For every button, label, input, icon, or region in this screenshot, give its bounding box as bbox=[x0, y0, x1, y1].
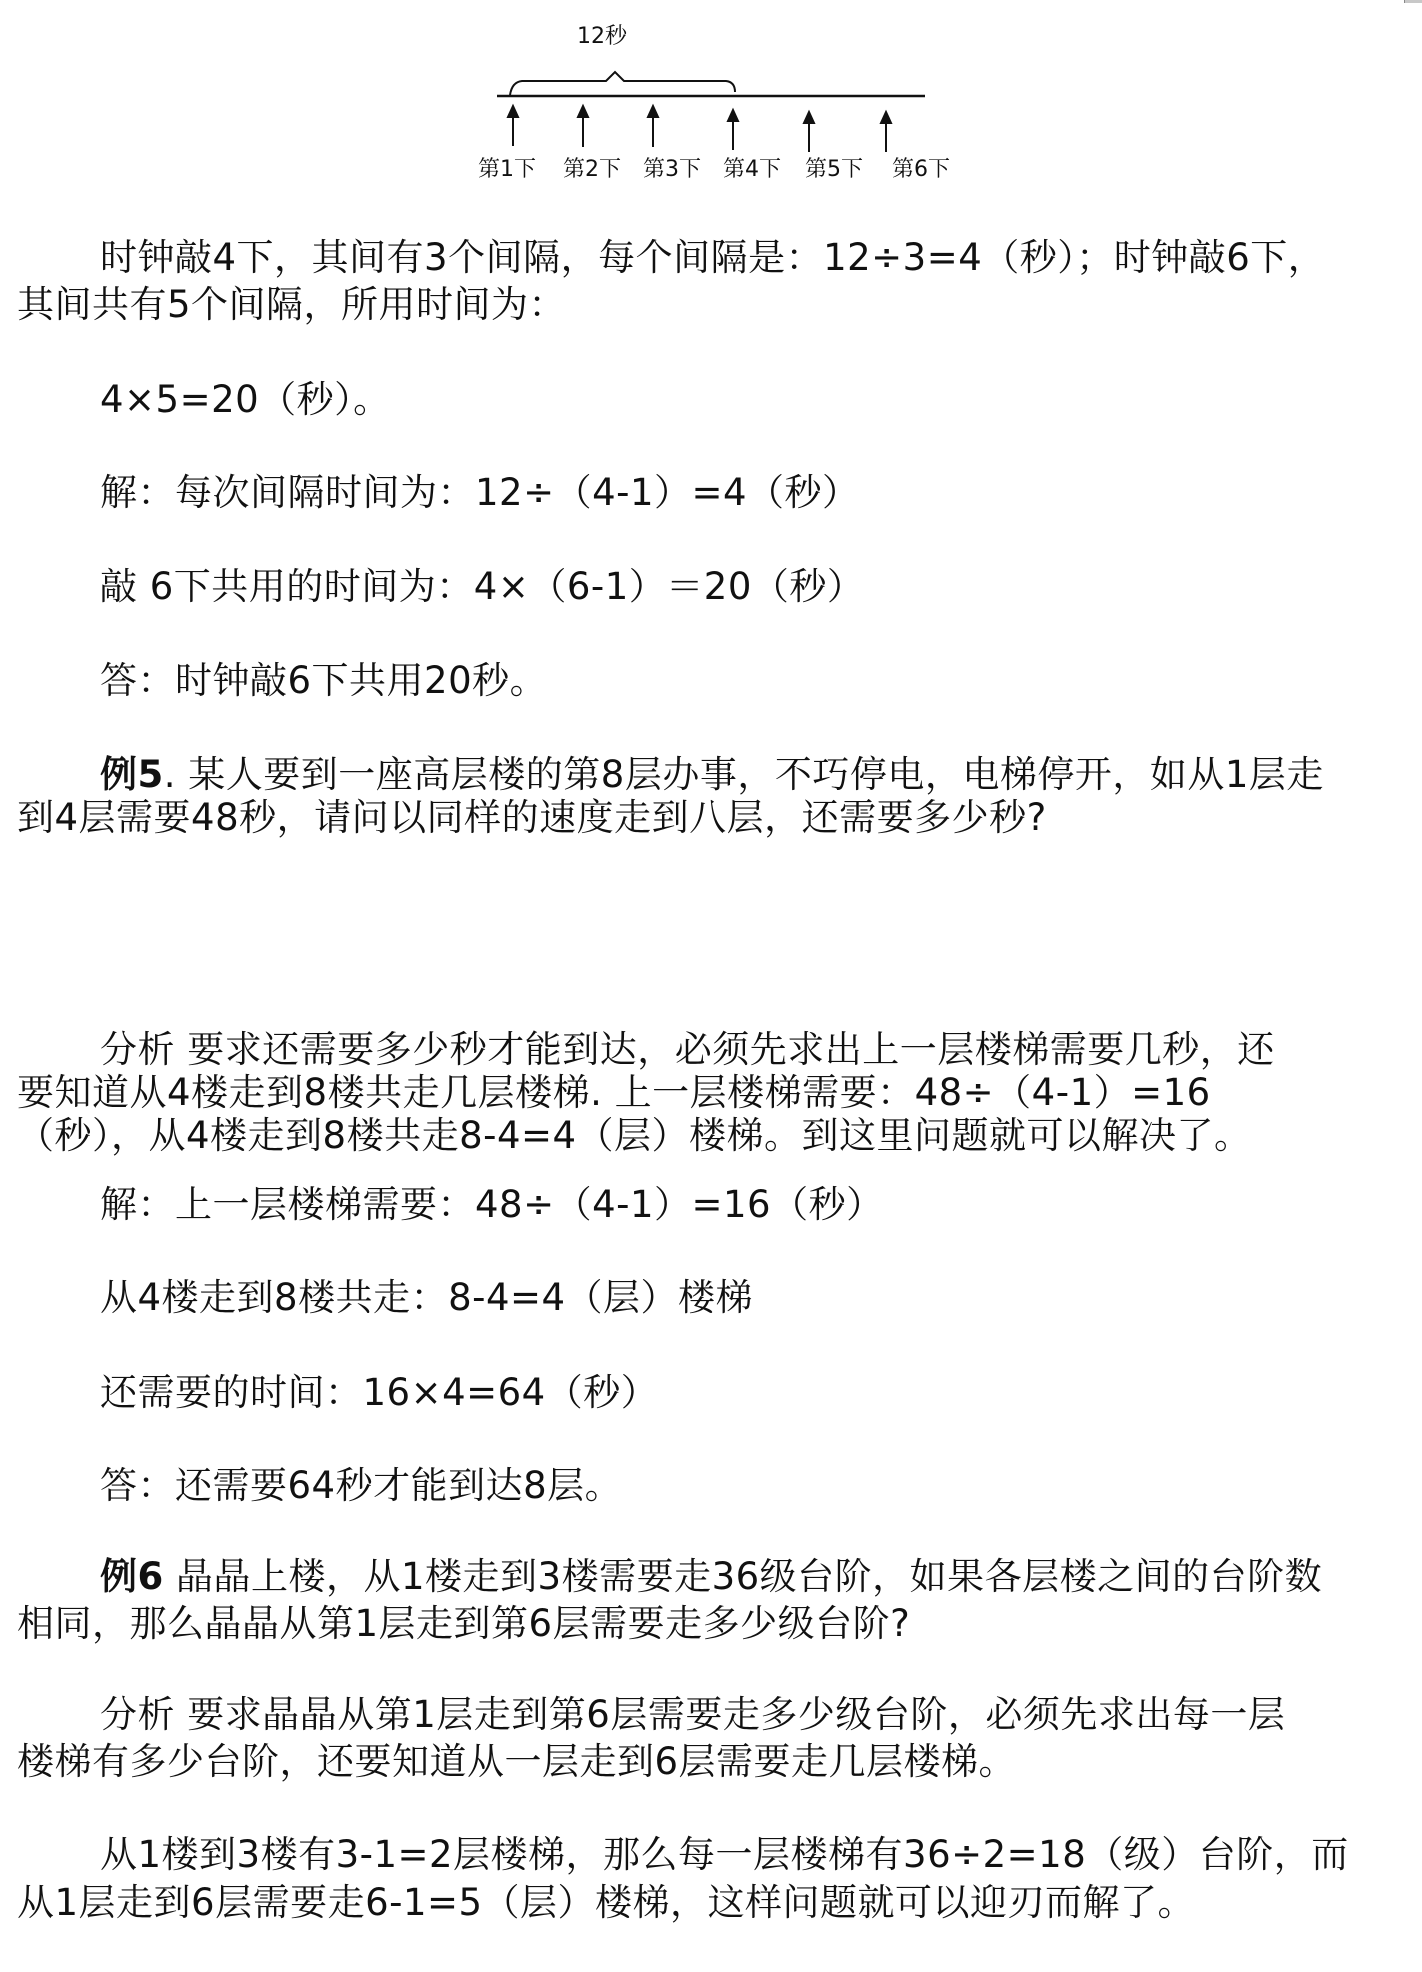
ex5-question-line-1: 例5. 某人要到一座高层楼的第8层办事，不巧停电，电梯停开，如从1层走 bbox=[100, 753, 1324, 797]
brace-icon bbox=[510, 72, 735, 95]
clock-strike-timeline-diagram bbox=[0, 0, 1422, 200]
ex5-solve: 解：上一层楼梯需要：48÷（4-1）=16（秒） bbox=[100, 1183, 884, 1227]
ex6-question-line-1: 例6 晶晶上楼，从1楼走到3楼需要走36级台阶，如果各层楼之间的台阶数 bbox=[100, 1555, 1322, 1599]
ex5-question-line-2: 到4层需要48秒，请问以同样的速度走到八层，还需要多少秒? bbox=[17, 796, 1047, 840]
ex6-explain-line-1: 从1楼到3楼有3-1=2层楼梯，那么每一层楼梯有36÷2=18（级）台阶，而 bbox=[100, 1833, 1349, 1877]
ex4-solve: 解：每次间隔时间为：12÷（4-1）=4（秒） bbox=[100, 471, 860, 515]
ex4-step-2: 敲 6下共用的时间为：4×（6-1）＝20（秒） bbox=[100, 565, 864, 609]
ex6-analysis-line-2: 楼梯有多少台阶，还要知道从一层走到6层需要走几层楼梯。 bbox=[17, 1740, 1016, 1784]
scrollbar-thumb[interactable] bbox=[1404, 0, 1422, 3]
ex5-step-3: 还需要的时间：16×4=64（秒） bbox=[100, 1371, 658, 1415]
ex5-analysis-line-3: （秒），从4楼走到8楼共走8-4=4（层）楼梯。到这里问题就可以解决了。 bbox=[17, 1114, 1252, 1158]
total-time-label: 12秒 bbox=[577, 24, 627, 50]
ex6-label: 例6 bbox=[100, 1555, 164, 1598]
ex6-question-line-2: 相同，那么晶晶从第1层走到第6层需要走多少级台阶? bbox=[17, 1602, 910, 1646]
strike-label-4: 第4下 bbox=[723, 157, 781, 183]
ex5-question-text-1: 某人要到一座高层楼的第8层办事，不巧停电，电梯停开，如从1层走 bbox=[176, 753, 1324, 796]
strike-label-1: 第1下 bbox=[478, 157, 536, 183]
ex4-calc: 4×5=20（秒）。 bbox=[100, 378, 391, 422]
strike-arrows bbox=[508, 106, 891, 152]
strike-label-2: 第2下 bbox=[563, 157, 621, 183]
strike-label-6: 第6下 bbox=[892, 157, 950, 183]
strike-label-3: 第3下 bbox=[643, 157, 701, 183]
ex6-question-text-1: 晶晶上楼，从1楼走到3楼需要走36级台阶，如果各层楼之间的台阶数 bbox=[164, 1555, 1322, 1598]
strike-label-5: 第5下 bbox=[805, 157, 863, 183]
ex4-analysis-line-1: 时钟敲4下，其间有3个间隔，每个间隔是：12÷3=4（秒）；时钟敲6下， bbox=[100, 236, 1325, 280]
ex4-answer: 答：时钟敲6下共用20秒。 bbox=[100, 659, 547, 703]
ex5-step-2: 从4楼走到8楼共走：8-4=4（层）楼梯 bbox=[100, 1276, 753, 1320]
ex5-analysis-line-2: 要知道从4楼走到8楼共走几层楼梯. 上一层楼梯需要：48÷（4-1）=16 bbox=[17, 1071, 1211, 1115]
ex5-answer: 答：还需要64秒才能到达8层。 bbox=[100, 1464, 622, 1508]
ex5-analysis-line-1: 分析 要求还需要多少秒才能到达，必须先求出上一层楼梯需要几秒，还 bbox=[100, 1028, 1275, 1072]
ex5-label-punct: . bbox=[164, 753, 176, 796]
ex6-analysis-line-1: 分析 要求晶晶从第1层走到第6层需要走多少级台阶，必须先求出每一层 bbox=[100, 1693, 1285, 1737]
ex6-explain-line-2: 从1层走到6层需要走6-1=5（层）楼梯，这样问题就可以迎刃而解了。 bbox=[17, 1881, 1195, 1925]
ex4-analysis-line-2: 其间共有5个间隔，所用时间为： bbox=[17, 283, 566, 327]
ex5-label: 例5 bbox=[100, 753, 164, 796]
